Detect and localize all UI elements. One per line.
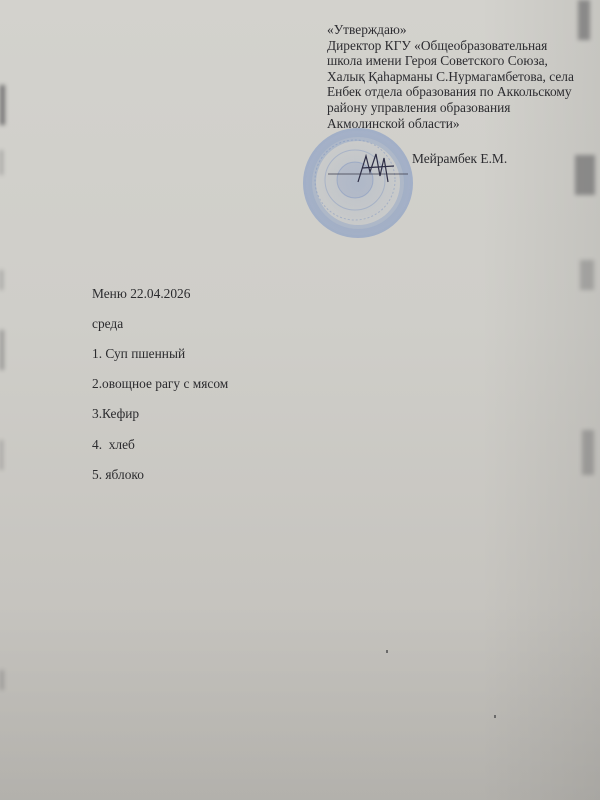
approval-heading: «Утверждаю» [327, 22, 597, 38]
menu-title: Меню 22.04.2026 [92, 286, 190, 302]
approval-block: «Утверждаю» Директор КГУ «Общеобразовате… [327, 22, 597, 131]
scan-artifact [580, 260, 594, 290]
scan-artifact [0, 440, 3, 470]
scan-artifact [0, 85, 5, 125]
approval-line: району управления образования [327, 100, 597, 116]
scan-artifact [0, 150, 3, 175]
scan-artifact [582, 430, 594, 475]
menu-item: 1. Суп пшенный [92, 346, 185, 362]
scan-artifact [0, 670, 4, 690]
paper-speck [386, 650, 388, 653]
menu-item: 5. яблоко [92, 467, 144, 483]
approval-line: Енбек отдела образования по Аккольскому [327, 84, 597, 100]
scan-artifact [575, 155, 595, 195]
paper-shadow [0, 600, 600, 800]
scan-artifact [0, 330, 4, 370]
menu-item: 3.Кефир [92, 406, 139, 422]
menu-item: 2.овощное рагу с мясом [92, 376, 228, 392]
approval-line: Халық Қаһарманы С.Нурмагамбетова, села [327, 69, 597, 85]
signer-name: Мейрамбек Е.М. [412, 151, 507, 167]
approval-line: Директор КГУ «Общеобразовательная [327, 38, 597, 54]
approval-line: школа имени Героя Советского Союза, [327, 53, 597, 69]
menu-item: 4. хлеб [92, 437, 135, 453]
scan-artifact [0, 270, 3, 290]
paper-speck [494, 715, 496, 718]
scanned-document-page: «Утверждаю» Директор КГУ «Общеобразовате… [0, 0, 600, 800]
menu-weekday: среда [92, 316, 123, 332]
